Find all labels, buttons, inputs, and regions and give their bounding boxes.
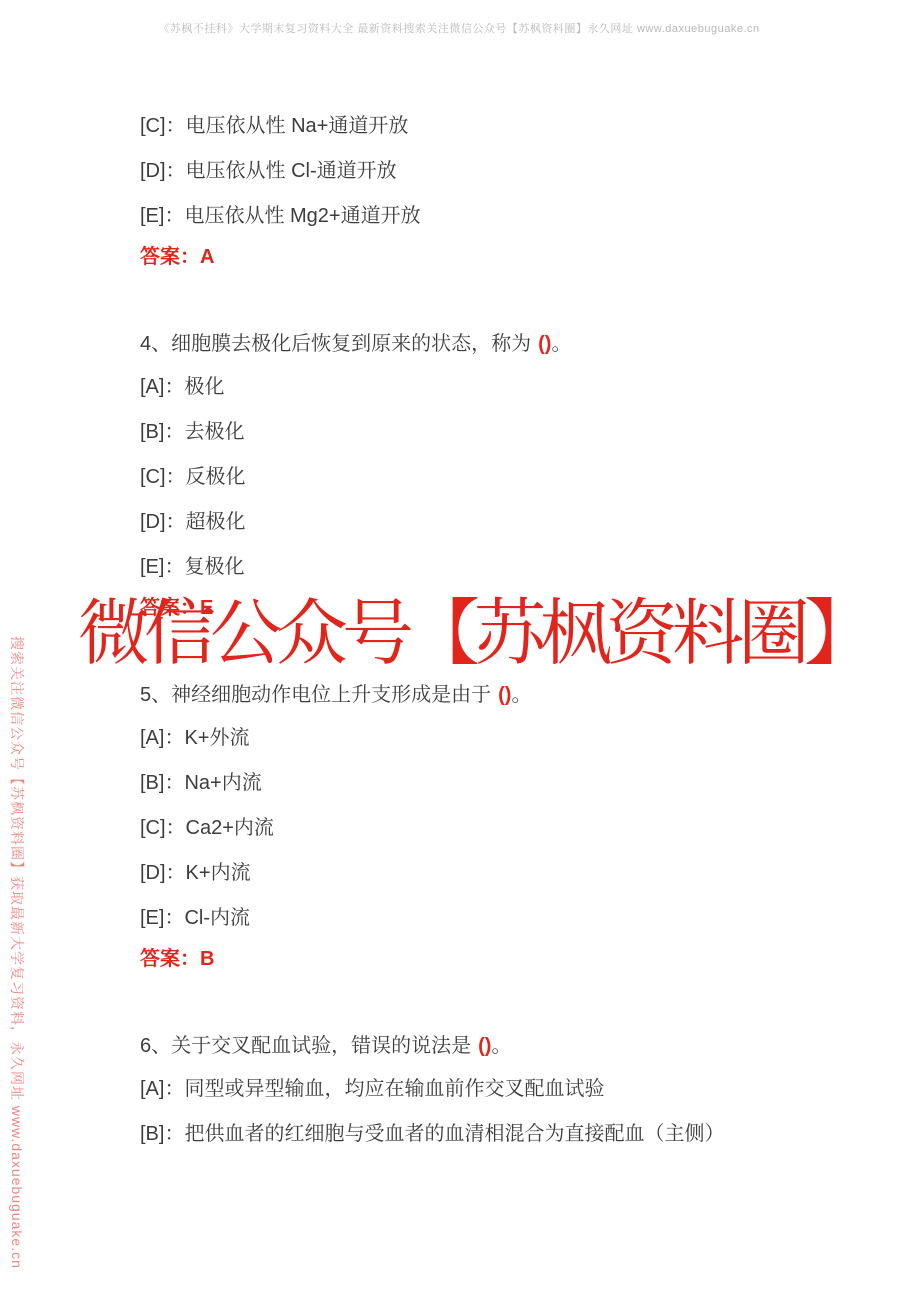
q6-stem: 6、关于交叉配血试验，错误的说法是()。	[140, 1032, 840, 1060]
q5-option-d: [D]：K+内流	[140, 859, 840, 887]
q5-answer-label: 答案：B	[140, 945, 840, 973]
q3-option-c: [C]：电压依从性 Na+通道开放	[140, 112, 840, 140]
q5-blank: ()	[498, 684, 511, 706]
q4-stem: 4、细胞膜去极化后恢复到原来的状态，称为()。	[140, 330, 840, 358]
side-watermark-text: 搜索关注微信公众号【苏枫资料圈】获取最新大学复习资料，永久网址 www.daxu…	[7, 636, 27, 1269]
q6-blank: ()	[478, 1035, 491, 1057]
q4-period: 。	[551, 333, 571, 355]
q4-option-e: [E]：复极化	[140, 553, 840, 581]
q6-option-b: [B]：把供血者的红细胞与受血者的血清相混合为直接配血（主侧）	[140, 1120, 840, 1148]
q4-stem-text: 4、细胞膜去极化后恢复到原来的状态，称为	[140, 333, 531, 355]
page-header-note: 《苏枫不挂科》大学期末复习资料大全 最新资料搜索关注微信公众号【苏枫资料圈】永久…	[0, 20, 918, 36]
q5-option-c: [C]：Ca2+内流	[140, 814, 840, 842]
q4-blank: ()	[538, 333, 551, 355]
q3-option-e: [E]：电压依从性 Mg2+通道开放	[140, 202, 840, 230]
q6-stem-text: 6、关于交叉配血试验，错误的说法是	[140, 1035, 471, 1057]
q5-stem-text: 5、神经细胞动作电位上升支形成是由于	[140, 684, 491, 706]
q3-answer-label: 答案：A	[140, 243, 840, 271]
q4-option-b: [B]：去极化	[140, 418, 840, 446]
banner-watermark-text: 微信公众号【苏枫资料圈】	[78, 592, 870, 676]
q6-period: 。	[491, 1035, 511, 1057]
document-page: 《苏枫不挂科》大学期末复习资料大全 最新资料搜索关注微信公众号【苏枫资料圈】永久…	[0, 0, 918, 1298]
q5-stem: 5、神经细胞动作电位上升支形成是由于()。	[140, 681, 840, 709]
q3-option-d: [D]：电压依从性 Cl-通道开放	[140, 157, 840, 185]
q5-option-a: [A]：K+外流	[140, 724, 840, 752]
q4-option-d: [D]：超极化	[140, 508, 840, 536]
q5-option-b: [B]：Na+内流	[140, 769, 840, 797]
q5-period: 。	[511, 684, 531, 706]
q4-option-c: [C]：反极化	[140, 463, 840, 491]
q4-option-a: [A]：极化	[140, 373, 840, 401]
q5-option-e: [E]：Cl-内流	[140, 904, 840, 932]
q6-option-a: [A]：同型或异型输血，均应在输血前作交叉配血试验	[140, 1075, 840, 1103]
